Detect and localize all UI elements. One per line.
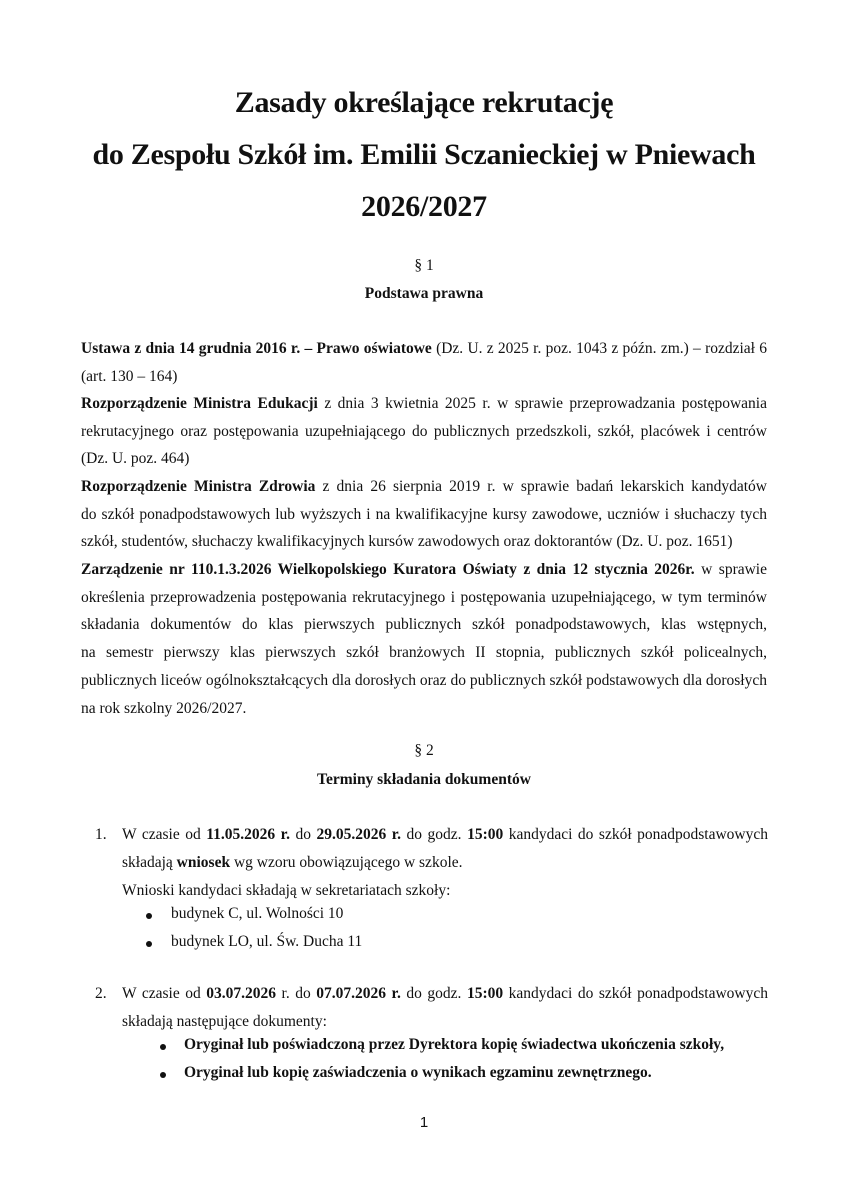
legal-act-details-cont: (Dz. U. poz. 464): [81, 445, 767, 473]
section-2-heading: Terminy składania dokumentów: [0, 771, 848, 789]
document-title-line-1: Zasady określające rekrutację: [0, 86, 848, 120]
documents-intro: składają następujące dokumenty:: [122, 1008, 768, 1036]
legal-act-details: z dnia 3 kwietnia 2025 r. w sprawie prze…: [318, 395, 767, 412]
text: kandydaci do szkół ponadpodstawowych: [503, 826, 768, 843]
legal-act-title: Zarządzenie nr 110.1.3.2026 Wielkopolski…: [81, 561, 695, 578]
text: do godz.: [401, 826, 467, 843]
legal-act-details-cont: składania dokumentów do klas pierwszych …: [81, 611, 767, 639]
required-document: Oryginał lub kopię zaświadczenia o wynik…: [184, 1064, 652, 1082]
text: W czasie od: [122, 985, 206, 1002]
text: W czasie od: [122, 826, 206, 843]
legal-act-title: Rozporządzenie Ministra Zdrowia: [81, 478, 315, 495]
page-number: 1: [0, 1114, 848, 1131]
location-building-c: budynek C, ul. Wolności 10: [171, 905, 343, 923]
submission-location-intro: Wnioski kandydaci składają w sekretariat…: [122, 877, 768, 905]
legal-basis-paragraph-3: Rozporządzenie Ministra Zdrowia z dnia 2…: [81, 473, 767, 556]
deadline-time: 15:00: [467, 826, 503, 843]
date-from: 11.05.2026 r.: [206, 826, 290, 843]
legal-act-details: z dnia 26 sierpnia 2019 r. w sprawie bad…: [315, 478, 767, 495]
document-page: Zasady określające rekrutację do Zespołu…: [0, 0, 848, 1200]
location-building-lo: budynek LO, ul. Św. Ducha 11: [171, 933, 362, 951]
text: wg wzoru obowiązującego w szkole.: [230, 854, 462, 871]
legal-act-title: Ustawa z dnia 14 grudnia 2016 r. – Prawo…: [81, 340, 432, 357]
legal-act-details-cont: na semestr pierwszy klas pierwszych szkó…: [81, 639, 767, 667]
deadline-time: 15:00: [467, 985, 503, 1002]
section-2-symbol: § 2: [0, 742, 848, 760]
legal-act-title: Rozporządzenie Ministra Edukacji: [81, 395, 318, 412]
date-from: 03.07.2026: [206, 985, 276, 1002]
document-title-line-3: 2026/2027: [0, 190, 848, 224]
bullet-icon: [146, 913, 152, 919]
deadline-item-1-text: W czasie od 11.05.2026 r. do 29.05.2026 …: [122, 821, 768, 905]
legal-act-details-cont: rekrutacyjnego oraz postępowania uzupełn…: [81, 418, 767, 446]
text: składają: [122, 854, 177, 871]
date-to: 07.07.2026 r.: [316, 985, 401, 1002]
bullet-icon: [146, 941, 152, 947]
legal-act-details-cont: na rok szkolny 2026/2027.: [81, 695, 767, 723]
section-1-symbol: § 1: [0, 257, 848, 275]
bullet-icon: [160, 1044, 166, 1050]
list-number: 2.: [95, 980, 107, 1008]
bullet-icon: [160, 1072, 166, 1078]
legal-act-details-cont: (art. 130 – 164): [81, 363, 767, 391]
legal-act-details: w sprawie: [695, 561, 767, 578]
legal-basis-paragraph-4: Zarządzenie nr 110.1.3.2026 Wielkopolski…: [81, 556, 767, 722]
legal-act-details-cont: do szkół ponadpodstawowych lub wyższych …: [81, 501, 767, 529]
legal-act-details-cont: określenia przeprowadzenia postępowania …: [81, 584, 767, 612]
text: r.: [276, 985, 290, 1002]
deadline-item-2-text: W czasie od 03.07.2026 r. do 07.07.2026 …: [122, 980, 768, 1036]
date-to: 29.05.2026 r.: [316, 826, 401, 843]
deadline-item-2: 2. W czasie od 03.07.2026 r. do 07.07.20…: [81, 980, 771, 1040]
legal-act-details-cont: publicznych liceów ogólnokształcących dl…: [81, 667, 767, 695]
legal-basis-paragraph-1: Ustawa z dnia 14 grudnia 2016 r. – Prawo…: [81, 335, 767, 390]
legal-basis-paragraph-2: Rozporządzenie Ministra Edukacji z dnia …: [81, 390, 767, 473]
legal-act-details-cont: szkół, studentów, słuchaczy kwalifikacyj…: [81, 528, 767, 556]
list-number: 1.: [95, 821, 107, 849]
document-title-line-2: do Zespołu Szkół im. Emilii Sczanieckiej…: [0, 138, 848, 172]
legal-act-details: (Dz. U. z 2025 r. poz. 1043 z późn. zm.)…: [432, 340, 767, 357]
required-document: Oryginał lub poświadczoną przez Dyrektor…: [184, 1036, 724, 1054]
text: do: [290, 985, 317, 1002]
text: do godz.: [401, 985, 467, 1002]
text: do: [290, 826, 317, 843]
application-keyword: wniosek: [177, 854, 230, 871]
section-1-heading: Podstawa prawna: [0, 285, 848, 303]
text: kandydaci do szkół ponadpodstawowych: [503, 985, 768, 1002]
